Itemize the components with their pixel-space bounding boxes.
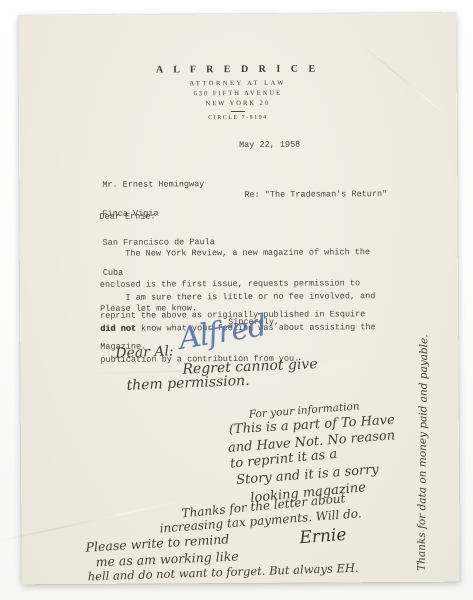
re-subject-line: Re: "The Tradesman's Return" xyxy=(244,189,387,200)
letterhead-address-line1: 630 FIFTH AVENUE xyxy=(19,89,457,99)
typed-salutation: Dear Ernie: xyxy=(99,212,155,223)
letterhead-name: A L F R E D R I C E xyxy=(19,63,457,77)
letterhead-phone: CIRCLE 7-8194 xyxy=(19,114,457,123)
handwritten-margin-note: Thanks for data on money paid and payabl… xyxy=(416,221,432,571)
ernie-ink-signature: Ernie xyxy=(299,525,347,549)
emphasized-text: did not xyxy=(100,324,136,334)
letterhead-address-line2: NEW YORK 20 xyxy=(19,99,457,109)
scan-background: A L F R E D R I C E ATTORNEY AT LAW 630 … xyxy=(0,0,473,600)
letterhead: A L F R E D R I C E ATTORNEY AT LAW 630 … xyxy=(19,63,457,123)
handwritten-salutation: Dear Al: xyxy=(115,343,174,361)
recipient-name: Mr. Ernest Hemingway xyxy=(102,180,214,190)
letter-date: May 22, 1958 xyxy=(239,140,300,151)
letterhead-divider xyxy=(231,111,245,112)
paragraph-line: I am sure there is little or no fee invo… xyxy=(100,291,376,303)
paragraph-line: The New York Review, a new magazine of w… xyxy=(100,247,370,259)
closing-request: Please let me know. xyxy=(100,303,197,314)
letterhead-title: ATTORNEY AT LAW xyxy=(19,79,457,89)
letter-paper: A L F R E D R I C E ATTORNEY AT LAW 630 … xyxy=(18,13,459,585)
